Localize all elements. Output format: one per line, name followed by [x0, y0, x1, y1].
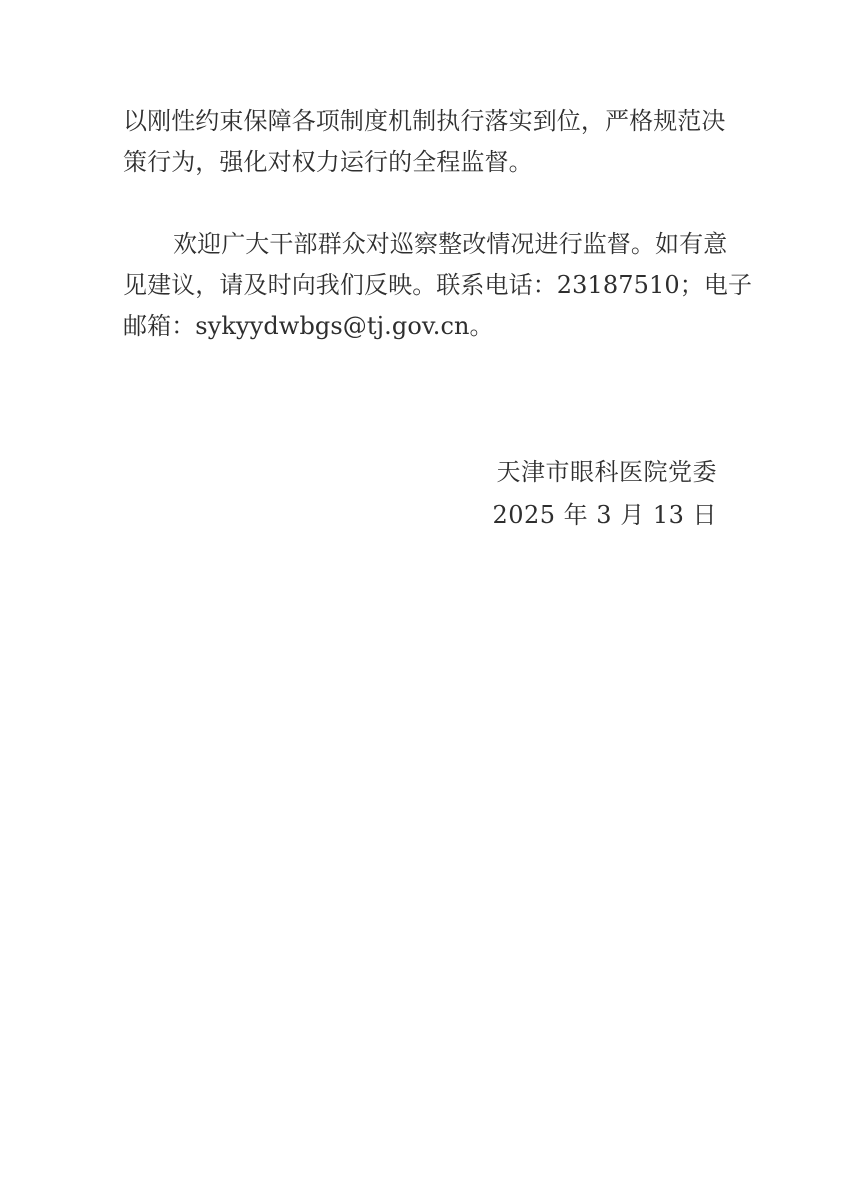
document-body: 以刚性约束保障各项制度机制执行落实到位，严格规范决 策行为，强化对权力运行的全程…	[123, 101, 729, 347]
paragraph-decision-supervision: 以刚性约束保障各项制度机制执行落实到位，严格规范决 策行为，强化对权力运行的全程…	[123, 101, 729, 183]
signature-organization: 天津市眼科医院党委	[497, 452, 718, 493]
document-page: 以刚性约束保障各项制度机制执行落实到位，严格规范决 策行为，强化对权力运行的全程…	[0, 0, 848, 1200]
body-text-line: 欢迎广大干部群众对巡察整改情况进行监督。如有意	[123, 224, 729, 265]
body-text-line: 策行为，强化对权力运行的全程监督。	[123, 142, 729, 183]
body-text-line: 以刚性约束保障各项制度机制执行落实到位，严格规范决	[123, 101, 729, 142]
body-text-line-contact-email: 邮箱：sykyydwbgs@tj.gov.cn。	[123, 306, 729, 347]
paragraph-feedback-contact: 欢迎广大干部群众对巡察整改情况进行监督。如有意 见建议，请及时向我们反映。联系电…	[123, 224, 729, 347]
body-text-line-contact-phone: 见建议，请及时向我们反映。联系电话：23187510；电子	[123, 265, 729, 306]
paragraph-spacer	[123, 183, 729, 224]
signature-date: 2025 年 3 月 13 日	[492, 495, 717, 536]
